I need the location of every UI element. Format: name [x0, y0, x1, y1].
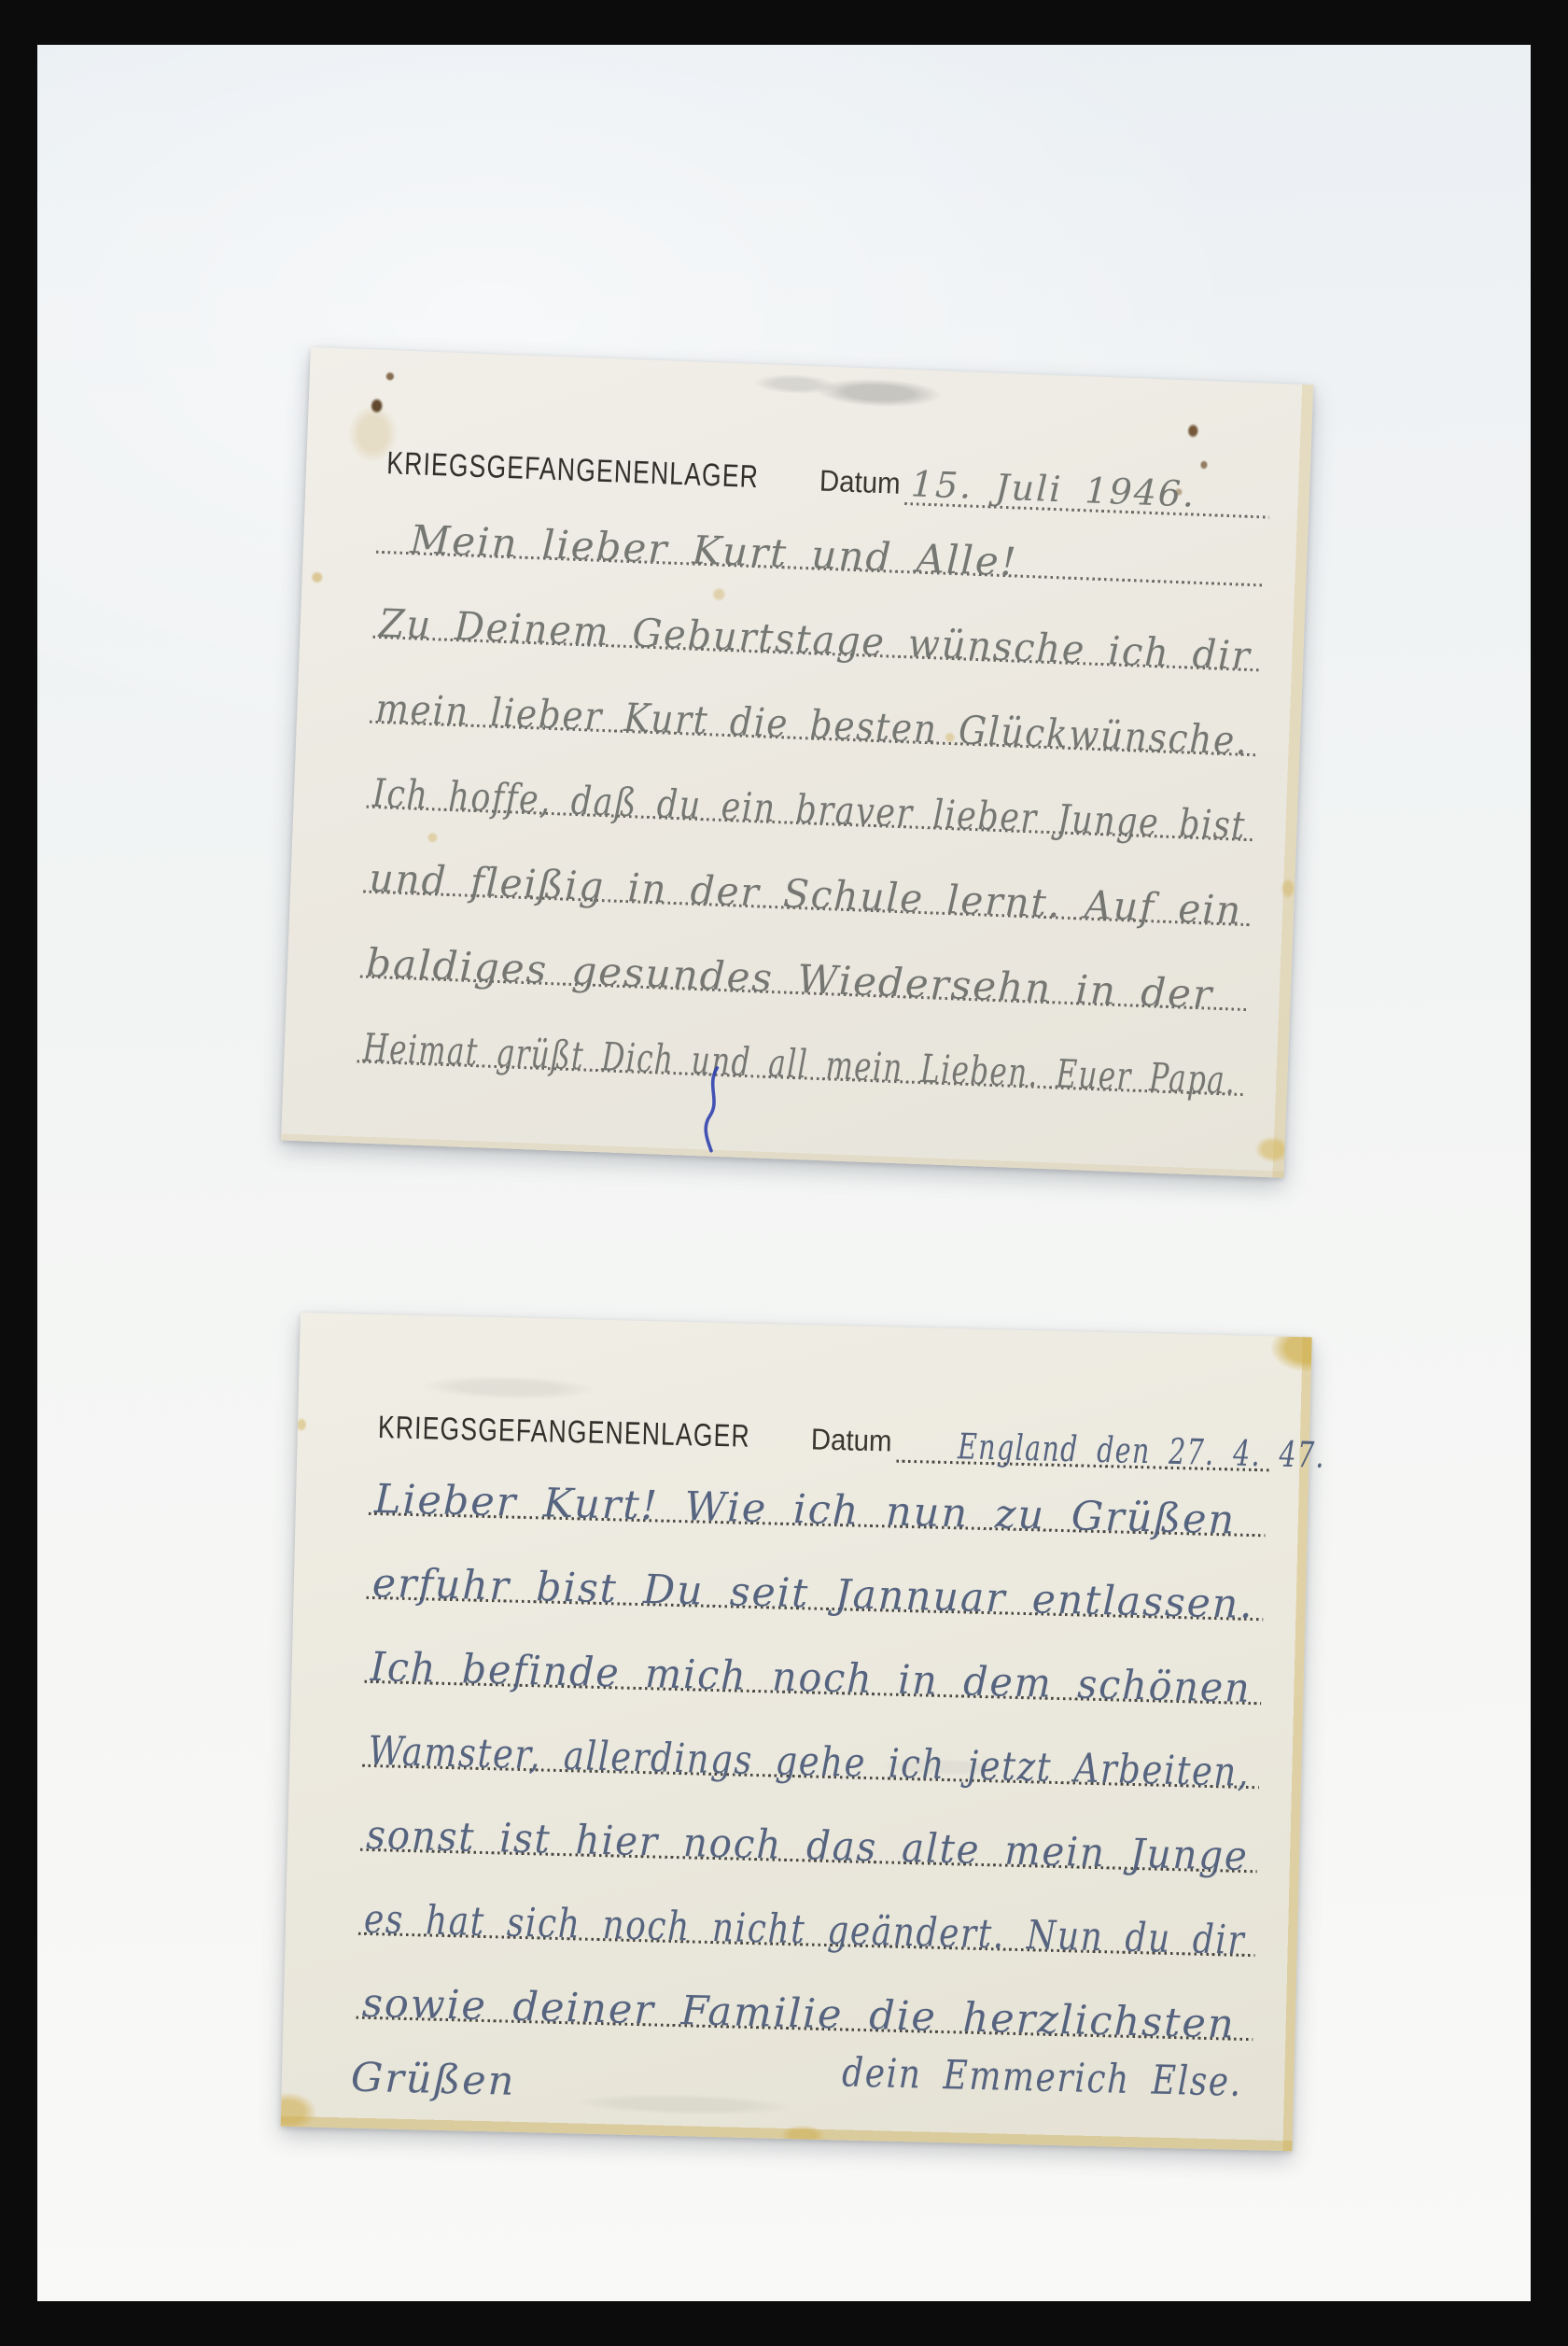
ruled-writing-area: Mein lieber Kurt und Alle!Zu Deinem Gebu…	[349, 484, 1267, 1112]
handwritten-line: Heimat grüßt Dich und all mein Lieben. E…	[362, 1025, 1237, 1103]
date-label: Datum	[819, 464, 901, 501]
postcard: KRIEGSGEFANGENENLAGER Datum 15. Juli 194…	[281, 347, 1313, 1178]
blue-ink-squiggle	[699, 1064, 727, 1155]
ruled-writing-area: Lieber Kurt! Wie ich nun zu Grüßenerfuhr…	[348, 1446, 1267, 2056]
closing-row: Grüßen dein Emmerich Else.	[345, 2033, 1252, 2158]
closing-word: Grüßen	[350, 2055, 516, 2105]
date-label: Datum	[810, 1422, 892, 1458]
postcard: KRIEGSGEFANGENENLAGER Datum England den …	[281, 1313, 1312, 2151]
signature: dein Emmerich Else.	[842, 2049, 1243, 2105]
scanned-archive-page: { "palette": { "frame_black": "#0c0c0c",…	[0, 0, 1568, 2346]
photo-backdrop: KRIEGSGEFANGENENLAGER Datum 15. Juli 194…	[37, 45, 1531, 2301]
